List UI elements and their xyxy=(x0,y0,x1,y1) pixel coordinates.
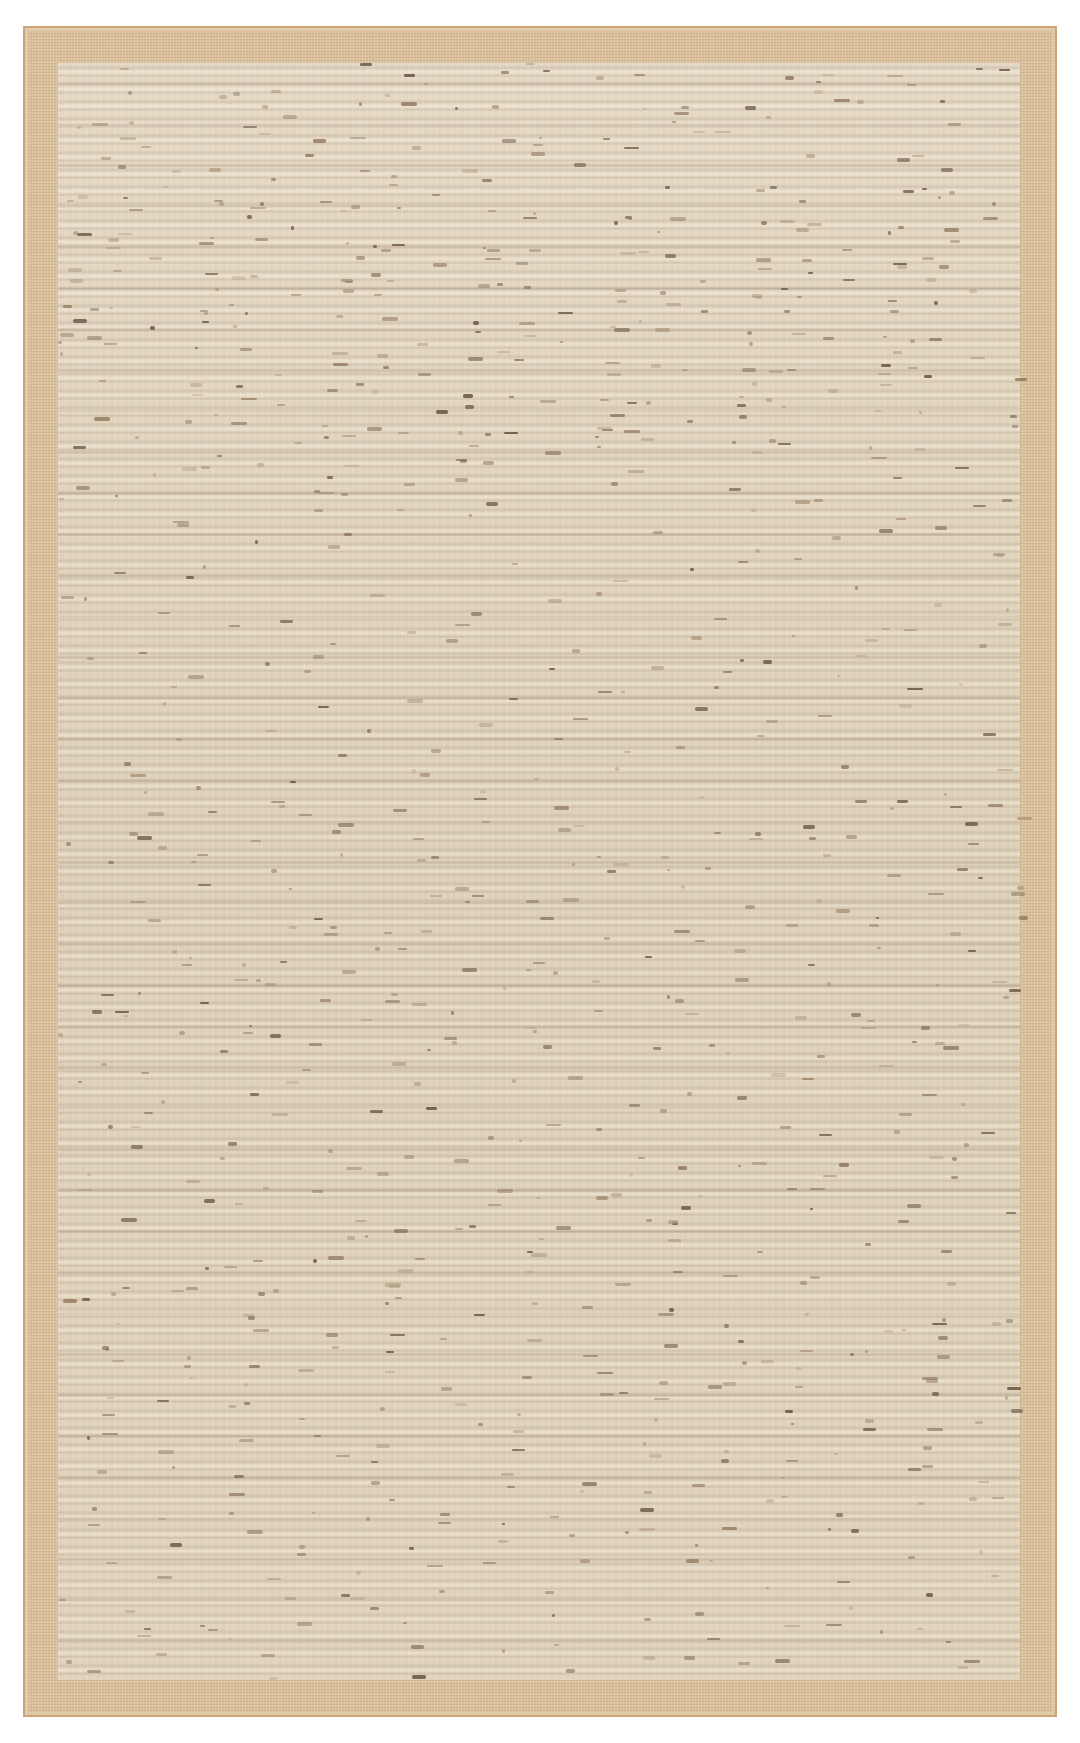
texture-fleck xyxy=(220,1157,225,1160)
texture-fleck xyxy=(235,1203,243,1205)
texture-fleck xyxy=(629,1104,640,1107)
texture-fleck xyxy=(439,1590,445,1593)
texture-fleck xyxy=(512,1079,516,1083)
texture-fleck xyxy=(572,863,575,866)
texture-fleck xyxy=(843,279,855,281)
texture-fleck xyxy=(546,1124,561,1126)
texture-fleck xyxy=(554,806,569,810)
texture-fleck xyxy=(92,1010,102,1014)
texture-fleck xyxy=(253,1260,263,1262)
texture-fleck xyxy=(628,470,644,473)
texture-fleck xyxy=(738,1340,744,1343)
texture-fleck xyxy=(462,968,477,972)
texture-fleck xyxy=(738,1165,741,1167)
texture-fleck xyxy=(582,1482,597,1486)
texture-fleck xyxy=(851,1013,861,1017)
texture-fleck xyxy=(395,1297,402,1299)
texture-fleck xyxy=(360,63,372,66)
texture-fleck xyxy=(950,806,962,808)
texture-fleck xyxy=(573,718,588,720)
texture-fleck xyxy=(463,394,473,398)
texture-fleck xyxy=(163,702,166,706)
texture-fleck xyxy=(60,352,63,356)
texture-fleck xyxy=(968,843,979,845)
texture-fleck xyxy=(501,1473,514,1476)
texture-fleck xyxy=(968,950,976,952)
texture-fleck xyxy=(888,300,897,302)
texture-fleck xyxy=(846,835,857,839)
texture-fleck xyxy=(791,1423,794,1425)
texture-fleck xyxy=(58,341,62,344)
texture-fleck xyxy=(615,767,619,771)
texture-fleck xyxy=(318,492,334,494)
texture-fleck xyxy=(297,1553,306,1556)
texture-fleck xyxy=(810,1188,825,1190)
texture-fleck xyxy=(330,926,337,929)
texture-fleck xyxy=(834,99,850,102)
texture-fleck xyxy=(255,238,268,241)
texture-fleck xyxy=(497,1189,513,1193)
texture-fleck xyxy=(665,254,676,258)
texture-fleck xyxy=(536,1197,541,1199)
texture-fleck xyxy=(533,962,545,964)
texture-fleck xyxy=(77,126,81,129)
texture-fleck xyxy=(674,112,689,115)
texture-fleck xyxy=(129,209,143,211)
texture-fleck xyxy=(381,249,391,252)
texture-fleck xyxy=(409,1547,414,1550)
texture-fleck xyxy=(941,1250,952,1253)
texture-fleck xyxy=(67,200,74,202)
texture-fleck xyxy=(502,139,516,143)
texture-fleck xyxy=(597,1372,613,1374)
texture-fleck xyxy=(313,655,324,659)
texture-fleck xyxy=(290,781,296,783)
texture-fleck xyxy=(478,1423,483,1426)
texture-fleck xyxy=(834,1453,838,1455)
texture-fleck xyxy=(414,1082,421,1086)
texture-fleck xyxy=(805,1313,809,1316)
texture-fleck xyxy=(192,394,203,396)
texture-fleck xyxy=(275,374,282,376)
texture-fleck xyxy=(752,1162,767,1165)
texture-fleck xyxy=(543,1045,552,1049)
texture-fleck xyxy=(738,1662,750,1665)
texture-fleck xyxy=(186,1287,198,1290)
texture-fleck xyxy=(389,1499,395,1501)
texture-fleck xyxy=(778,443,791,445)
texture-fleck xyxy=(726,1052,730,1055)
texture-fleck xyxy=(1011,892,1025,896)
texture-fleck xyxy=(256,979,261,982)
texture-fleck xyxy=(92,1507,97,1511)
texture-fleck xyxy=(763,660,772,664)
texture-fleck xyxy=(742,1361,747,1365)
texture-fleck xyxy=(948,123,961,126)
texture-fleck xyxy=(245,312,248,315)
texture-fleck xyxy=(106,1562,117,1564)
texture-fleck xyxy=(236,385,243,388)
texture-fleck xyxy=(1003,996,1009,999)
texture-fleck xyxy=(172,950,177,954)
texture-fleck xyxy=(87,657,94,660)
texture-fleck xyxy=(488,1136,494,1140)
texture-fleck xyxy=(969,1497,977,1501)
texture-fleck xyxy=(761,221,767,225)
texture-fleck xyxy=(545,451,561,455)
texture-fleck xyxy=(795,1016,807,1020)
texture-fleck xyxy=(558,828,571,832)
texture-fleck xyxy=(370,594,385,597)
texture-fleck xyxy=(359,102,362,106)
texture-fleck xyxy=(958,1666,968,1669)
texture-fleck xyxy=(600,1393,614,1396)
texture-fleck xyxy=(600,399,609,401)
texture-fleck xyxy=(87,1436,90,1440)
texture-fleck xyxy=(456,459,467,461)
texture-fleck xyxy=(320,201,332,203)
texture-fleck xyxy=(403,1622,407,1624)
texture-fleck xyxy=(497,351,510,353)
texture-fleck xyxy=(714,618,727,620)
texture-fleck xyxy=(981,1132,995,1134)
texture-fleck xyxy=(832,536,841,540)
texture-fleck xyxy=(939,265,949,269)
texture-fleck xyxy=(758,268,772,270)
texture-fleck xyxy=(120,68,129,70)
texture-fleck xyxy=(678,1166,687,1170)
texture-fleck xyxy=(700,796,704,799)
texture-fleck xyxy=(723,671,732,673)
texture-fleck xyxy=(328,545,340,549)
texture-fleck xyxy=(669,1308,674,1312)
texture-fleck xyxy=(808,964,815,966)
texture-fleck xyxy=(124,762,131,766)
texture-fleck xyxy=(938,1336,948,1340)
texture-fleck xyxy=(122,1287,130,1289)
texture-fleck xyxy=(958,1024,970,1026)
texture-fleck xyxy=(766,116,771,119)
texture-fleck xyxy=(191,861,196,863)
texture-fleck xyxy=(904,629,917,631)
texture-fleck xyxy=(940,100,945,103)
texture-fleck xyxy=(897,800,908,803)
texture-fleck xyxy=(643,1656,655,1660)
texture-fleck xyxy=(233,325,237,328)
texture-fleck xyxy=(94,417,110,421)
texture-fleck xyxy=(78,1081,82,1083)
texture-fleck xyxy=(644,1618,651,1621)
texture-fleck xyxy=(651,666,664,670)
texture-fleck xyxy=(106,247,121,249)
texture-fleck xyxy=(426,1107,437,1110)
texture-fleck xyxy=(749,342,753,346)
texture-fleck xyxy=(899,1113,912,1116)
texture-fleck xyxy=(131,1145,143,1149)
texture-fleck xyxy=(732,441,736,444)
texture-fleck xyxy=(82,1298,90,1301)
texture-fleck xyxy=(533,1030,537,1033)
texture-fleck xyxy=(224,1266,237,1268)
texture-fleck xyxy=(756,258,771,262)
texture-fleck xyxy=(376,1444,390,1448)
texture-fleck xyxy=(365,1235,368,1238)
texture-fleck xyxy=(412,146,421,150)
texture-fleck xyxy=(842,249,852,251)
texture-fleck xyxy=(148,919,161,922)
texture-fleck xyxy=(336,315,343,318)
texture-fleck xyxy=(244,1402,250,1405)
texture-fleck xyxy=(782,406,786,408)
texture-fleck xyxy=(714,832,721,834)
texture-fleck xyxy=(556,1226,571,1230)
texture-fleck xyxy=(135,436,139,439)
texture-fleck xyxy=(482,821,490,823)
texture-fleck xyxy=(926,1593,933,1597)
texture-fleck xyxy=(108,238,119,242)
texture-fleck xyxy=(605,362,620,364)
texture-fleck xyxy=(455,1228,463,1230)
texture-fleck xyxy=(289,888,292,890)
texture-fleck xyxy=(324,933,338,936)
texture-fleck xyxy=(737,1096,747,1100)
texture-fleck xyxy=(823,1175,837,1177)
texture-fleck xyxy=(894,1130,900,1134)
texture-fleck xyxy=(734,949,746,953)
texture-fleck xyxy=(899,704,912,708)
texture-fleck xyxy=(883,336,887,338)
texture-fleck xyxy=(797,296,802,298)
texture-fleck xyxy=(340,853,343,857)
texture-fleck xyxy=(199,242,214,245)
texture-fleck xyxy=(513,1430,524,1433)
texture-fleck xyxy=(681,106,689,109)
texture-fleck xyxy=(108,861,114,864)
texture-fleck xyxy=(342,970,356,974)
texture-fleck xyxy=(816,899,822,903)
texture-fleck xyxy=(195,347,198,349)
texture-fleck xyxy=(412,769,416,773)
texture-fleck xyxy=(504,432,518,434)
texture-fleck xyxy=(784,310,790,313)
texture-fleck xyxy=(698,1195,703,1197)
texture-fleck xyxy=(715,131,731,133)
texture-fleck xyxy=(123,1015,129,1017)
texture-fleck xyxy=(709,1560,713,1562)
texture-fleck xyxy=(214,414,218,416)
texture-fleck xyxy=(655,328,670,332)
texture-fleck xyxy=(877,947,881,949)
texture-fleck xyxy=(708,1385,722,1389)
texture-fleck xyxy=(498,1540,508,1543)
texture-fleck xyxy=(397,207,401,209)
texture-fleck xyxy=(299,814,312,816)
texture-fleck xyxy=(950,240,960,243)
texture-fleck xyxy=(898,226,904,229)
texture-fleck xyxy=(598,691,612,693)
texture-fleck xyxy=(957,868,968,871)
texture-fleck xyxy=(531,152,545,156)
texture-fleck xyxy=(615,1283,631,1286)
texture-fleck xyxy=(326,1333,338,1337)
texture-fleck xyxy=(935,1042,945,1045)
texture-fleck xyxy=(332,830,341,834)
texture-fleck xyxy=(431,856,439,859)
texture-fleck xyxy=(158,1450,174,1454)
texture-fleck xyxy=(141,1072,149,1074)
texture-fleck xyxy=(269,1677,277,1680)
texture-fleck xyxy=(757,735,765,737)
texture-fleck xyxy=(366,1517,370,1521)
texture-fleck xyxy=(184,1365,191,1368)
texture-fleck xyxy=(926,278,936,282)
texture-fleck xyxy=(978,1481,989,1483)
texture-fleck xyxy=(373,245,377,248)
texture-fleck xyxy=(260,202,264,206)
texture-fleck xyxy=(607,870,616,873)
texture-fleck xyxy=(251,840,261,842)
texture-fleck xyxy=(243,1032,253,1034)
texture-fleck xyxy=(92,123,108,126)
texture-fleck xyxy=(182,964,192,966)
texture-fleck xyxy=(823,337,834,340)
texture-fleck xyxy=(1019,916,1028,920)
texture-fleck xyxy=(121,1218,137,1222)
texture-fleck xyxy=(144,791,147,794)
texture-fleck xyxy=(882,628,890,630)
texture-fleck xyxy=(737,404,746,407)
texture-fleck xyxy=(668,1220,678,1224)
texture-fleck xyxy=(721,1459,729,1463)
texture-fleck xyxy=(918,1502,924,1505)
texture-fleck xyxy=(653,1047,661,1050)
texture-fleck xyxy=(756,296,762,299)
texture-fleck xyxy=(205,273,218,275)
texture-fleck xyxy=(375,947,380,951)
texture-fleck xyxy=(808,272,813,274)
texture-fleck xyxy=(413,838,424,840)
texture-fleck xyxy=(102,1414,115,1416)
texture-fleck xyxy=(617,300,627,303)
texture-fleck xyxy=(398,948,407,950)
texture-fleck xyxy=(63,305,72,308)
texture-fleck xyxy=(427,1049,431,1051)
texture-fleck xyxy=(342,435,356,437)
texture-fleck xyxy=(114,572,126,574)
texture-fleck xyxy=(629,218,632,220)
texture-fleck xyxy=(621,691,625,693)
texture-fleck xyxy=(215,288,219,291)
texture-fleck xyxy=(761,1360,774,1363)
texture-fleck xyxy=(917,1628,923,1630)
texture-fleck xyxy=(596,1128,602,1131)
texture-fleck xyxy=(568,1076,583,1080)
texture-fleck xyxy=(1011,1409,1023,1413)
texture-fleck xyxy=(880,384,892,386)
texture-fleck xyxy=(527,1251,533,1253)
texture-fleck xyxy=(695,1544,698,1547)
texture-fleck xyxy=(242,963,246,967)
texture-fleck xyxy=(203,565,206,569)
texture-fleck xyxy=(241,398,257,400)
texture-fleck xyxy=(934,301,938,305)
texture-fleck xyxy=(539,137,542,139)
texture-fleck xyxy=(755,832,761,836)
texture-fleck xyxy=(170,1543,182,1547)
texture-fleck xyxy=(908,1468,921,1471)
texture-fleck xyxy=(908,1556,915,1559)
texture-fleck xyxy=(137,1635,151,1637)
texture-fleck xyxy=(200,1002,209,1004)
texture-fleck xyxy=(826,1624,842,1626)
texture-fleck xyxy=(257,463,264,467)
texture-fleck xyxy=(412,1675,426,1679)
texture-fleck xyxy=(1002,499,1012,502)
texture-fleck xyxy=(262,105,268,109)
texture-fleck xyxy=(217,455,222,457)
texture-fleck xyxy=(208,811,217,813)
texture-fleck xyxy=(941,168,953,172)
texture-fleck xyxy=(309,1043,322,1046)
texture-fleck xyxy=(794,558,802,560)
texture-fleck xyxy=(411,1645,424,1649)
texture-fleck xyxy=(771,1073,786,1077)
texture-fleck xyxy=(769,370,783,373)
texture-fleck xyxy=(424,83,428,85)
texture-fleck xyxy=(563,898,579,902)
texture-fleck xyxy=(78,195,88,199)
texture-fleck xyxy=(327,389,338,392)
texture-fleck xyxy=(540,917,554,920)
texture-fleck xyxy=(993,553,1005,556)
texture-fleck xyxy=(952,1157,957,1161)
texture-fleck xyxy=(280,620,293,623)
texture-fleck xyxy=(158,612,170,614)
texture-fleck xyxy=(887,75,903,77)
texture-fleck xyxy=(113,270,122,272)
texture-fleck xyxy=(785,1410,793,1413)
texture-fleck xyxy=(766,398,772,402)
texture-fleck xyxy=(687,1092,692,1096)
texture-fleck xyxy=(233,92,240,96)
texture-fleck xyxy=(148,812,164,816)
texture-fleck xyxy=(488,1204,501,1206)
texture-fleck xyxy=(747,331,752,335)
texture-fleck xyxy=(566,1669,575,1673)
texture-fleck xyxy=(130,774,146,777)
texture-fleck xyxy=(347,1236,355,1240)
texture-fleck xyxy=(392,244,405,246)
texture-fleck xyxy=(896,518,906,520)
texture-fleck xyxy=(927,1428,943,1431)
texture-fleck xyxy=(657,231,660,233)
texture-fleck xyxy=(950,932,961,936)
texture-fleck xyxy=(692,1484,705,1487)
texture-fleck xyxy=(99,380,106,382)
texture-fleck xyxy=(979,644,987,648)
texture-fleck xyxy=(723,1275,738,1277)
texture-fleck xyxy=(722,1527,737,1530)
texture-fleck xyxy=(787,369,796,371)
texture-fleck xyxy=(232,276,246,280)
texture-fleck xyxy=(372,390,378,394)
texture-fleck xyxy=(328,1256,344,1260)
texture-fleck xyxy=(190,383,202,387)
texture-fleck xyxy=(660,291,666,295)
texture-fleck xyxy=(580,1559,590,1563)
texture-fleck xyxy=(540,400,556,403)
texture-fleck xyxy=(932,1392,939,1396)
